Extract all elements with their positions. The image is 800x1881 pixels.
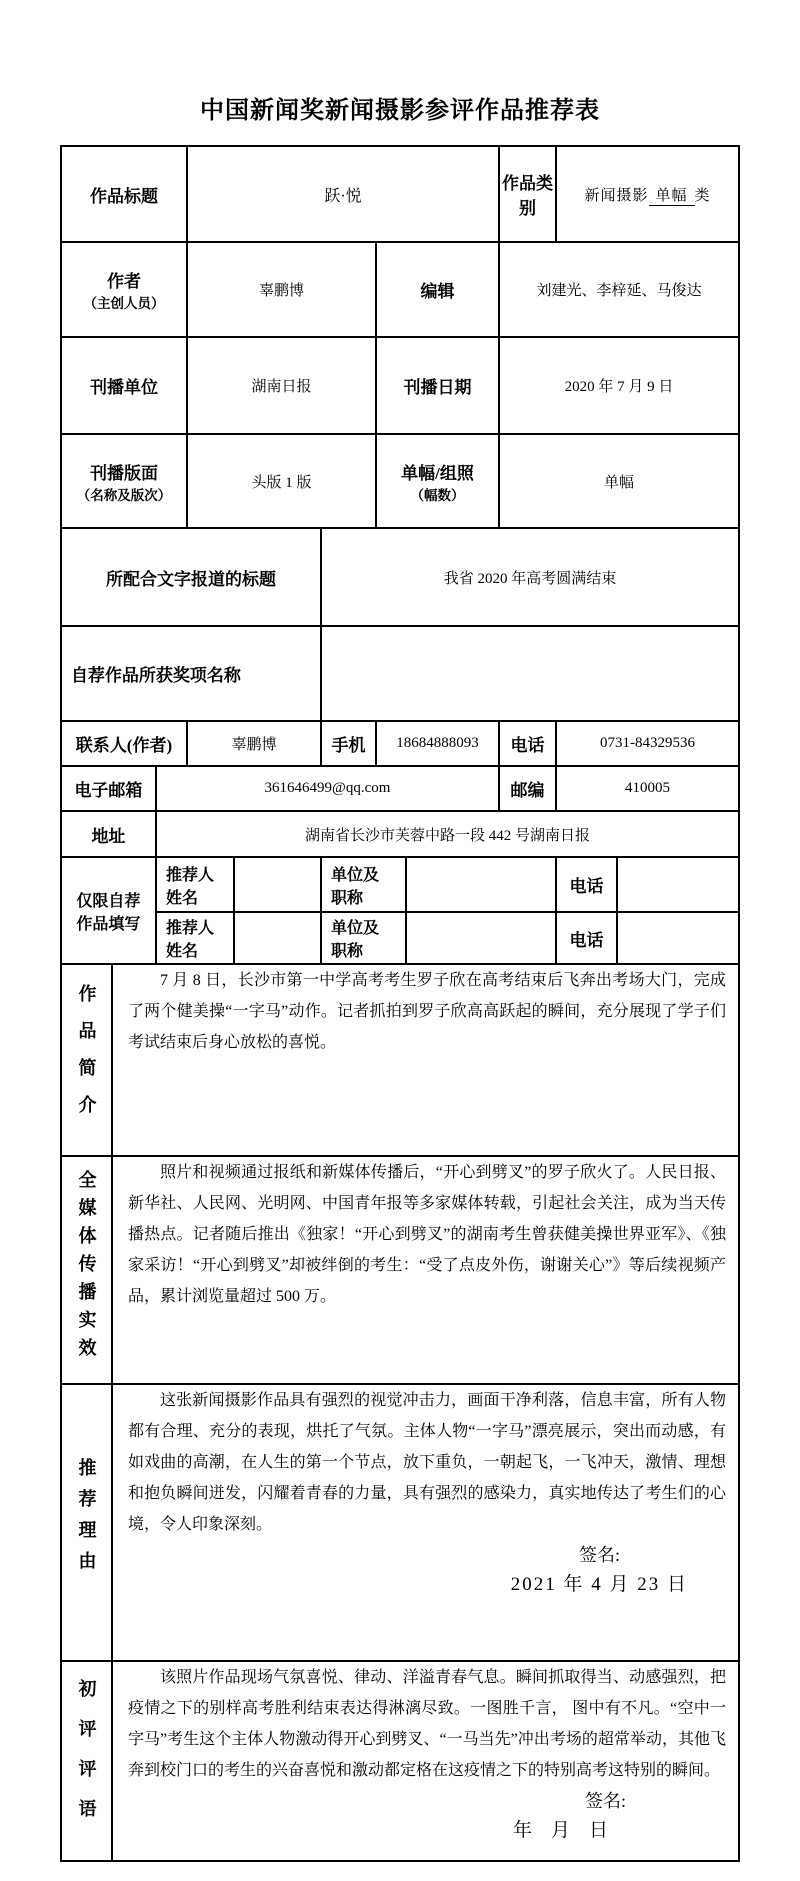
editor-value: 刘建光、李梓延、马俊达 bbox=[499, 242, 739, 337]
recommender-name-value-2 bbox=[234, 912, 321, 964]
text-report-label: 所配合文字报道的标题 bbox=[61, 528, 321, 626]
row-recommend-reason: 推荐理由 这张新闻摄影作品具有强烈的视觉冲击力，画面干净利落，信息丰富，所有人物… bbox=[61, 1384, 739, 1661]
address-value: 湖南省长沙市芙蓉中路一段 442 号湖南日报 bbox=[156, 811, 739, 857]
preliminary-review-label: 初评评语 bbox=[61, 1661, 112, 1861]
author-label-sub: （主创人员） bbox=[64, 292, 184, 312]
recommender-name-label-2: 推荐人 姓名 bbox=[156, 912, 234, 964]
single-group-value: 单幅 bbox=[499, 434, 739, 528]
phone-label: 电话 bbox=[499, 721, 556, 766]
contact-label: 联系人(作者) bbox=[61, 721, 187, 766]
media-effect-label-text: 全媒体传播实效 bbox=[77, 1170, 95, 1366]
recommender-name-value-1 bbox=[234, 857, 321, 912]
row-media-effect: 全媒体传播实效 照片和视频通过报纸和新媒体传播后，“开心到劈叉”的罗子欣火了。人… bbox=[61, 1156, 739, 1384]
recommend-reason-paragraph: 这张新闻摄影作品具有强烈的视觉冲击力，画面干净利落，信息丰富，所有人物都有合理、… bbox=[128, 1385, 726, 1540]
row-publisher: 刊播单位 湖南日报 刊播日期 2020 年 7 月 9 日 bbox=[61, 337, 739, 434]
media-effect-paragraph: 照片和视频通过报纸和新媒体传播后，“开心到劈叉”的罗子欣火了。人民日报、新华社、… bbox=[128, 1157, 726, 1312]
email-value: 361646499@qq.com bbox=[156, 766, 499, 811]
zip-label: 邮编 bbox=[499, 766, 556, 811]
publisher-value: 湖南日报 bbox=[187, 337, 376, 434]
recommender-tel-label-2: 电话 bbox=[556, 912, 617, 964]
author-value: 辜鹏博 bbox=[187, 242, 376, 337]
row-self-recommend-2: 推荐人 姓名 单位及 职称 电话 bbox=[61, 912, 739, 964]
self-only-label: 仅限自荐 作品填写 bbox=[61, 857, 156, 964]
zip-value: 410005 bbox=[556, 766, 739, 811]
row-author: 作者 （主创人员） 辜鹏博 编辑 刘建光、李梓延、马俊达 bbox=[61, 242, 739, 337]
self-award-label: 自荐作品所获奖项名称 bbox=[61, 626, 321, 721]
page-title: 中国新闻奖新闻摄影参评作品推荐表 bbox=[0, 0, 800, 125]
page-layout-label: 刊播版面 （名称及版次） bbox=[61, 434, 187, 528]
work-intro-paragraph: 7 月 8 日，长沙市第一中学高考考生罗子欣在高考结束后飞奔出考场大门，完成了两… bbox=[128, 965, 726, 1058]
row-page-layout: 刊播版面 （名称及版次） 头版 1 版 单幅/组照 （幅数） 单幅 bbox=[61, 434, 739, 528]
review-signature-date: 年 月 日 bbox=[128, 1816, 726, 1846]
work-intro-label-text: 作品简介 bbox=[77, 984, 95, 1132]
category-underlined-value: 单幅 bbox=[649, 188, 695, 206]
phone-value: 0731-84329536 bbox=[556, 721, 739, 766]
work-intro-label: 作品简介 bbox=[61, 964, 112, 1156]
category-suffix: 类 bbox=[695, 188, 711, 204]
row-text-report-title: 所配合文字报道的标题 我省 2020 年高考圆满结束 bbox=[61, 528, 739, 626]
page-layout-label-sub: （名称及版次） bbox=[64, 484, 184, 504]
email-label: 电子邮箱 bbox=[61, 766, 156, 811]
row-address: 地址 湖南省长沙市芙蓉中路一段 442 号湖南日报 bbox=[61, 811, 739, 857]
unit-title-value-1 bbox=[406, 857, 556, 912]
work-intro-content: 7 月 8 日，长沙市第一中学高考考生罗子欣在高考结束后飞奔出考场大门，完成了两… bbox=[112, 964, 739, 1156]
author-label: 作者 （主创人员） bbox=[61, 242, 187, 337]
author-label-main: 作者 bbox=[64, 267, 184, 292]
document-page: 中国新闻奖新闻摄影参评作品推荐表 作品标题 跃·悦 作品类别 新闻摄影单幅类 作… bbox=[0, 0, 800, 1881]
work-title-value: 跃·悦 bbox=[187, 146, 499, 242]
publish-date-label: 刊播日期 bbox=[376, 337, 499, 434]
mobile-label: 手机 bbox=[321, 721, 376, 766]
row-work-title: 作品标题 跃·悦 作品类别 新闻摄影单幅类 bbox=[61, 146, 739, 242]
category-value: 新闻摄影单幅类 bbox=[556, 146, 739, 242]
recommender-tel-value-2 bbox=[617, 912, 739, 964]
single-group-label-sub: （幅数） bbox=[379, 484, 496, 504]
mobile-value: 18684888093 bbox=[376, 721, 499, 766]
row-preliminary-review: 初评评语 该照片作品现场气氛喜悦、律动、洋溢青春气息。瞬间抓取得当、动感强烈，把… bbox=[61, 1661, 739, 1861]
recommender-name-label-1: 推荐人 姓名 bbox=[156, 857, 234, 912]
page-layout-label-main: 刊播版面 bbox=[64, 459, 184, 484]
page-layout-value: 头版 1 版 bbox=[187, 434, 376, 528]
preliminary-review-paragraph: 该照片作品现场气氛喜悦、律动、洋溢青春气息。瞬间抓取得当、动感强烈，把疫情之下的… bbox=[128, 1662, 726, 1786]
row-self-recommend-1: 仅限自荐 作品填写 推荐人 姓名 单位及 职称 电话 bbox=[61, 857, 739, 912]
recommend-reason-content: 这张新闻摄影作品具有强烈的视觉冲击力，画面干净利落，信息丰富，所有人物都有合理、… bbox=[112, 1384, 739, 1661]
recommender-tel-value-1 bbox=[617, 857, 739, 912]
row-self-award: 自荐作品所获奖项名称 bbox=[61, 626, 739, 721]
category-label: 作品类别 bbox=[499, 146, 556, 242]
reason-signature-date: 2021 年 4 月 23 日 bbox=[128, 1570, 726, 1600]
unit-title-label-2: 单位及 职称 bbox=[321, 912, 406, 964]
unit-title-label-1: 单位及 职称 bbox=[321, 857, 406, 912]
unit-title-value-2 bbox=[406, 912, 556, 964]
recommendation-form-table: 作品标题 跃·悦 作品类别 新闻摄影单幅类 作者 （主创人员） 辜鹏博 编辑 刘… bbox=[60, 145, 740, 1862]
review-signature-label: 签名: bbox=[128, 1786, 726, 1816]
media-effect-content: 照片和视频通过报纸和新媒体传播后，“开心到劈叉”的罗子欣火了。人民日报、新华社、… bbox=[112, 1156, 739, 1384]
reason-signature-label: 签名: bbox=[128, 1540, 726, 1570]
self-award-value bbox=[321, 626, 739, 721]
editor-label: 编辑 bbox=[376, 242, 499, 337]
publish-date-value: 2020 年 7 月 9 日 bbox=[499, 337, 739, 434]
preliminary-review-content: 该照片作品现场气氛喜悦、律动、洋溢青春气息。瞬间抓取得当、动感强烈，把疫情之下的… bbox=[112, 1661, 739, 1861]
row-email: 电子邮箱 361646499@qq.com 邮编 410005 bbox=[61, 766, 739, 811]
address-label: 地址 bbox=[61, 811, 156, 857]
single-group-label-main: 单幅/组照 bbox=[379, 459, 496, 484]
single-group-label: 单幅/组照 （幅数） bbox=[376, 434, 499, 528]
recommender-tel-label-1: 电话 bbox=[556, 857, 617, 912]
recommend-reason-label: 推荐理由 bbox=[61, 1384, 112, 1661]
publisher-label: 刊播单位 bbox=[61, 337, 187, 434]
row-contact: 联系人(作者) 辜鹏博 手机 18684888093 电话 0731-84329… bbox=[61, 721, 739, 766]
contact-value: 辜鹏博 bbox=[187, 721, 321, 766]
recommend-reason-label-text: 推荐理由 bbox=[77, 1458, 95, 1582]
work-title-label: 作品标题 bbox=[61, 146, 187, 242]
category-prefix: 新闻摄影 bbox=[585, 188, 649, 204]
text-report-value: 我省 2020 年高考圆满结束 bbox=[321, 528, 739, 626]
media-effect-label: 全媒体传播实效 bbox=[61, 1156, 112, 1384]
preliminary-review-label-text: 初评评语 bbox=[77, 1679, 95, 1839]
row-work-intro: 作品简介 7 月 8 日，长沙市第一中学高考考生罗子欣在高考结束后飞奔出考场大门… bbox=[61, 964, 739, 1156]
